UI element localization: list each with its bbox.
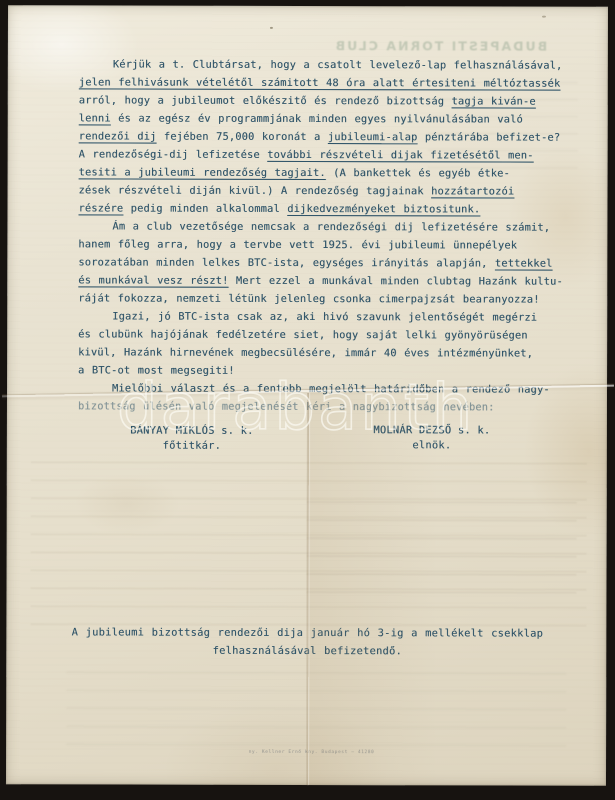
document-line: tesiti a jubileumi rendezőség tagjait. (…	[79, 163, 565, 182]
document-line: részére pedig minden alkalommal dijkedve…	[78, 199, 564, 218]
text: A rendezőségi-dij lefizetése	[79, 148, 268, 160]
vertical-fold-crease	[306, 393, 309, 785]
payment-notice: A jubileumi bizottság rendezői dija janu…	[64, 623, 550, 660]
paper-speck	[542, 16, 546, 18]
document-line: Kérjük a t. Clubtársat, hogy a csatolt l…	[79, 55, 565, 74]
photo-background: BUDAPESTI TORNA CLUB Kérjük a t. Clubtár…	[0, 0, 615, 800]
underlined-text: tagja kiván-e	[452, 95, 536, 107]
notice-line: A jubileumi bizottság rendezői dija janu…	[64, 623, 550, 642]
underlined-text: tesiti a jubileumi rendezőség tagjait.	[79, 166, 326, 179]
text: a BTC-ot most megsegiti!	[78, 364, 235, 376]
underlined-text: hozzátartozói	[431, 185, 514, 197]
text: (A bankettek és egyéb étke-	[326, 167, 510, 179]
document-line: sorozatában minden lelkes BTC-ista, egys…	[78, 253, 564, 272]
document-body: Kérjük a t. Clubtársat, hogy a csatolt l…	[78, 55, 565, 416]
notice-line: felhasználásával befizetendő.	[64, 641, 550, 660]
document-line: bizottság ülésén való megjelenését kéri …	[78, 397, 564, 416]
signature-name: BÁNYAY MIKLÓS s. k.	[107, 423, 277, 438]
bleedthrough-ghost-lines-middle	[30, 457, 586, 626]
bleedthrough-ghost-lines-bottom	[66, 665, 566, 746]
document-line: Mielőbbi választ és a fentebb megjelölt …	[78, 379, 564, 398]
underlined-text: tettekkel	[495, 257, 553, 269]
underlined-text: dijkedvezményeket biztositunk.	[287, 203, 480, 216]
text: arról, hogy a jubileumot előkészitő és r…	[79, 94, 452, 107]
text: pedig minden alkalommal	[123, 203, 287, 215]
underlined-text: lenni	[79, 112, 111, 124]
document-line: hanem főleg arra, hogy a tervbe vett 192…	[78, 235, 564, 254]
document-line: jelen felhivásunk vételétől számitott 48…	[79, 73, 565, 92]
underlined-text: jelen felhivásunk vételétől számitott 48…	[79, 76, 561, 89]
text: sorozatában minden lelkes BTC-ista, egys…	[78, 256, 495, 269]
paper-speck	[270, 27, 273, 29]
document-line: a BTC-ot most megsegiti!	[78, 361, 564, 380]
document-line: ráját fokozza, nemzeti létünk jelenleg c…	[78, 289, 564, 308]
document-line: A rendezőségi-dij lefizetése további rés…	[79, 145, 565, 164]
text: zések részvételi diján kivül.) A rendező…	[79, 184, 432, 197]
document-line: lenni és az egész év programmjának minde…	[79, 109, 565, 128]
text: Mert ezzel a munkával minden clubtag Haz…	[228, 275, 562, 288]
text: bizottság ülésén való megjelenését kéri …	[78, 400, 495, 413]
underlined-text: rendezői dij	[79, 130, 157, 142]
text: és clubünk hajójának fedélzetére siet, h…	[78, 328, 528, 341]
text: és az egész év programmjának minden egye…	[111, 112, 523, 125]
document-line: és clubünk hajójának fedélzetére siet, h…	[78, 325, 564, 344]
text: pénztárába befizet-e?	[417, 131, 560, 143]
underlined-text: részére	[78, 202, 123, 214]
bleedthrough-ghost-lines-right	[306, 501, 576, 594]
document-line: kivül, Hazánk hirnevének megbecsülésére,…	[78, 343, 564, 362]
text: Ám a club vezetősége nemcsak a rendezősé…	[112, 220, 550, 233]
signature-role: főtitkár.	[107, 438, 277, 453]
text: kivül, Hazánk hirnevének megbecsülésére,…	[78, 346, 533, 359]
signature-role: elnök.	[347, 438, 517, 453]
text: Mielőbbi választ és a fentebb megjelölt …	[112, 382, 550, 395]
text: hanem főleg arra, hogy a tervbe vett 192…	[78, 238, 517, 251]
signature-block-president: MOLNÁR DEZSŐ s. k. elnök.	[347, 423, 517, 452]
bleedthrough-letterhead-text: BUDAPESTI TORNA CLUB	[333, 38, 548, 54]
printer-imprint: ny. Kellner Ernő kny. Budapest — 41280	[234, 750, 389, 755]
underlined-text: további részvételi dijak fizetésétől men…	[267, 149, 533, 162]
text: ráját fokozza, nemzeti létünk jelenleg c…	[78, 292, 539, 305]
signature-block-secretary: BÁNYAY MIKLÓS s. k. főtitkár.	[107, 423, 277, 452]
signature-name: MOLNÁR DEZSŐ s. k.	[347, 423, 517, 438]
document-line: zések részvételi diján kivül.) A rendező…	[79, 181, 565, 200]
underlined-text: jubileumi-alap	[328, 131, 418, 143]
document-line: és munkával vesz részt! Mert ezzel a mun…	[78, 271, 564, 290]
underlined-text: és munkával vesz részt!	[78, 274, 228, 286]
document-line: Ám a club vezetősége nemcsak a rendezősé…	[78, 217, 564, 236]
document-line: rendezői dij fejében 75,000 koronát a ju…	[79, 127, 565, 146]
text: fejében 75,000 koronát a	[156, 131, 327, 143]
document-paper: BUDAPESTI TORNA CLUB Kérjük a t. Clubtár…	[6, 5, 608, 786]
document-line: arról, hogy a jubileumot előkészitő és r…	[79, 91, 565, 110]
text: Igazi, jó BTC-ista csak az, aki hivó sza…	[112, 310, 537, 323]
text: Kérjük a t. Clubtársat, hogy a csatolt l…	[113, 58, 563, 71]
document-line: Igazi, jó BTC-ista csak az, aki hivó sza…	[78, 307, 564, 326]
